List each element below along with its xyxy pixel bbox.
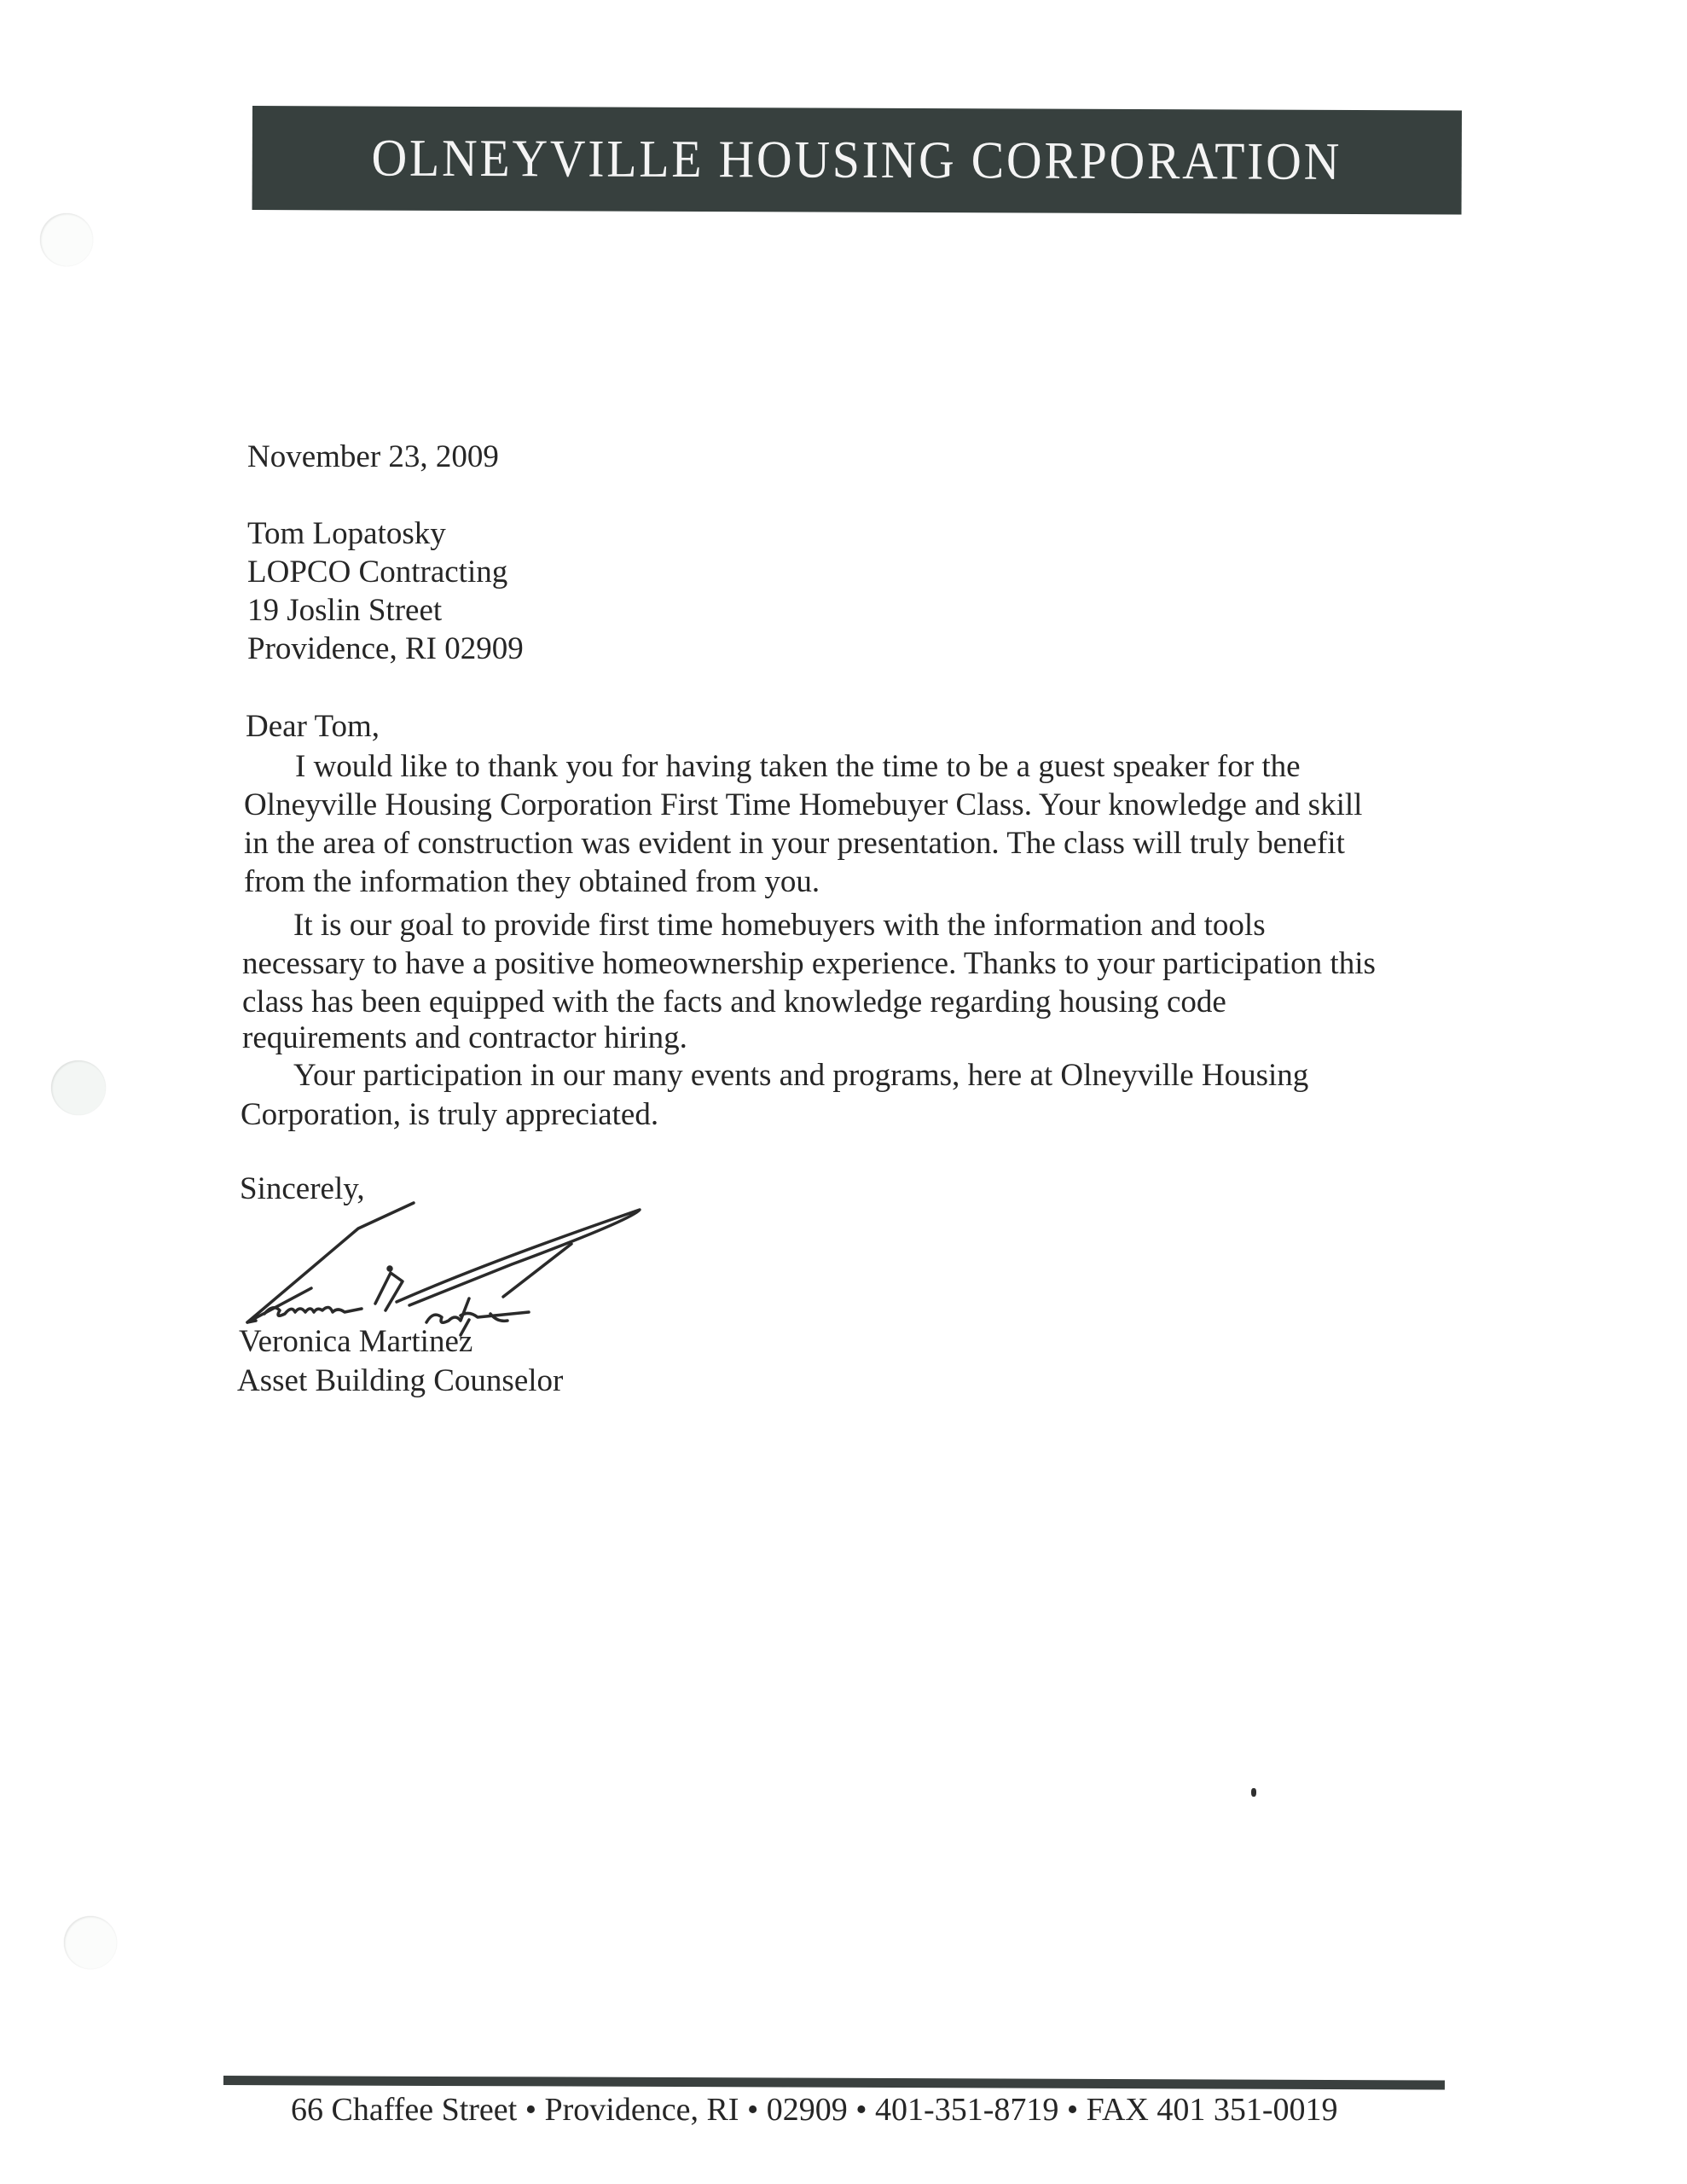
- recipient-name: Tom Lopatosky: [247, 518, 446, 549]
- body-line: from the information they obtained from …: [244, 866, 820, 897]
- salutation: Dear Tom,: [246, 711, 380, 742]
- organization-name: OLNEYVILLE HOUSING CORPORATION: [372, 132, 1342, 189]
- footer-divider: [223, 2076, 1445, 2089]
- scan-speck: [1251, 1788, 1256, 1797]
- recipient-city-state-zip: Providence, RI 02909: [247, 633, 524, 665]
- recipient-street: 19 Joslin Street: [247, 595, 442, 626]
- body-line: necessary to have a positive homeownersh…: [242, 948, 1376, 979]
- body-line: requirements and contractor hiring.: [242, 1022, 687, 1054]
- body-line: in the area of construction was evident …: [244, 828, 1345, 859]
- body-line: Your participation in our many events an…: [293, 1060, 1308, 1091]
- letterhead-banner: OLNEYVILLE HOUSING CORPORATION: [252, 106, 1462, 214]
- footer-address: 66 Chaffee Street • Providence, RI • 029…: [291, 2091, 1338, 2129]
- signer-title: Asset Building Counselor: [237, 1365, 563, 1397]
- recipient-company: LOPCO Contracting: [247, 556, 507, 588]
- body-line: I would like to thank you for having tak…: [295, 751, 1301, 782]
- body-line: class has been equipped with the facts a…: [242, 986, 1226, 1018]
- body-line: It is our goal to provide first time hom…: [293, 909, 1266, 941]
- punch-hole-top: [40, 213, 93, 266]
- punch-hole-middle: [51, 1060, 106, 1115]
- letter-date: November 23, 2009: [247, 441, 499, 473]
- signer-name: Veronica Martinez: [239, 1326, 472, 1357]
- body-line: Olneyville Housing Corporation First Tim…: [244, 789, 1362, 821]
- punch-hole-bottom: [64, 1916, 117, 1969]
- body-line: Corporation, is truly appreciated.: [241, 1099, 658, 1130]
